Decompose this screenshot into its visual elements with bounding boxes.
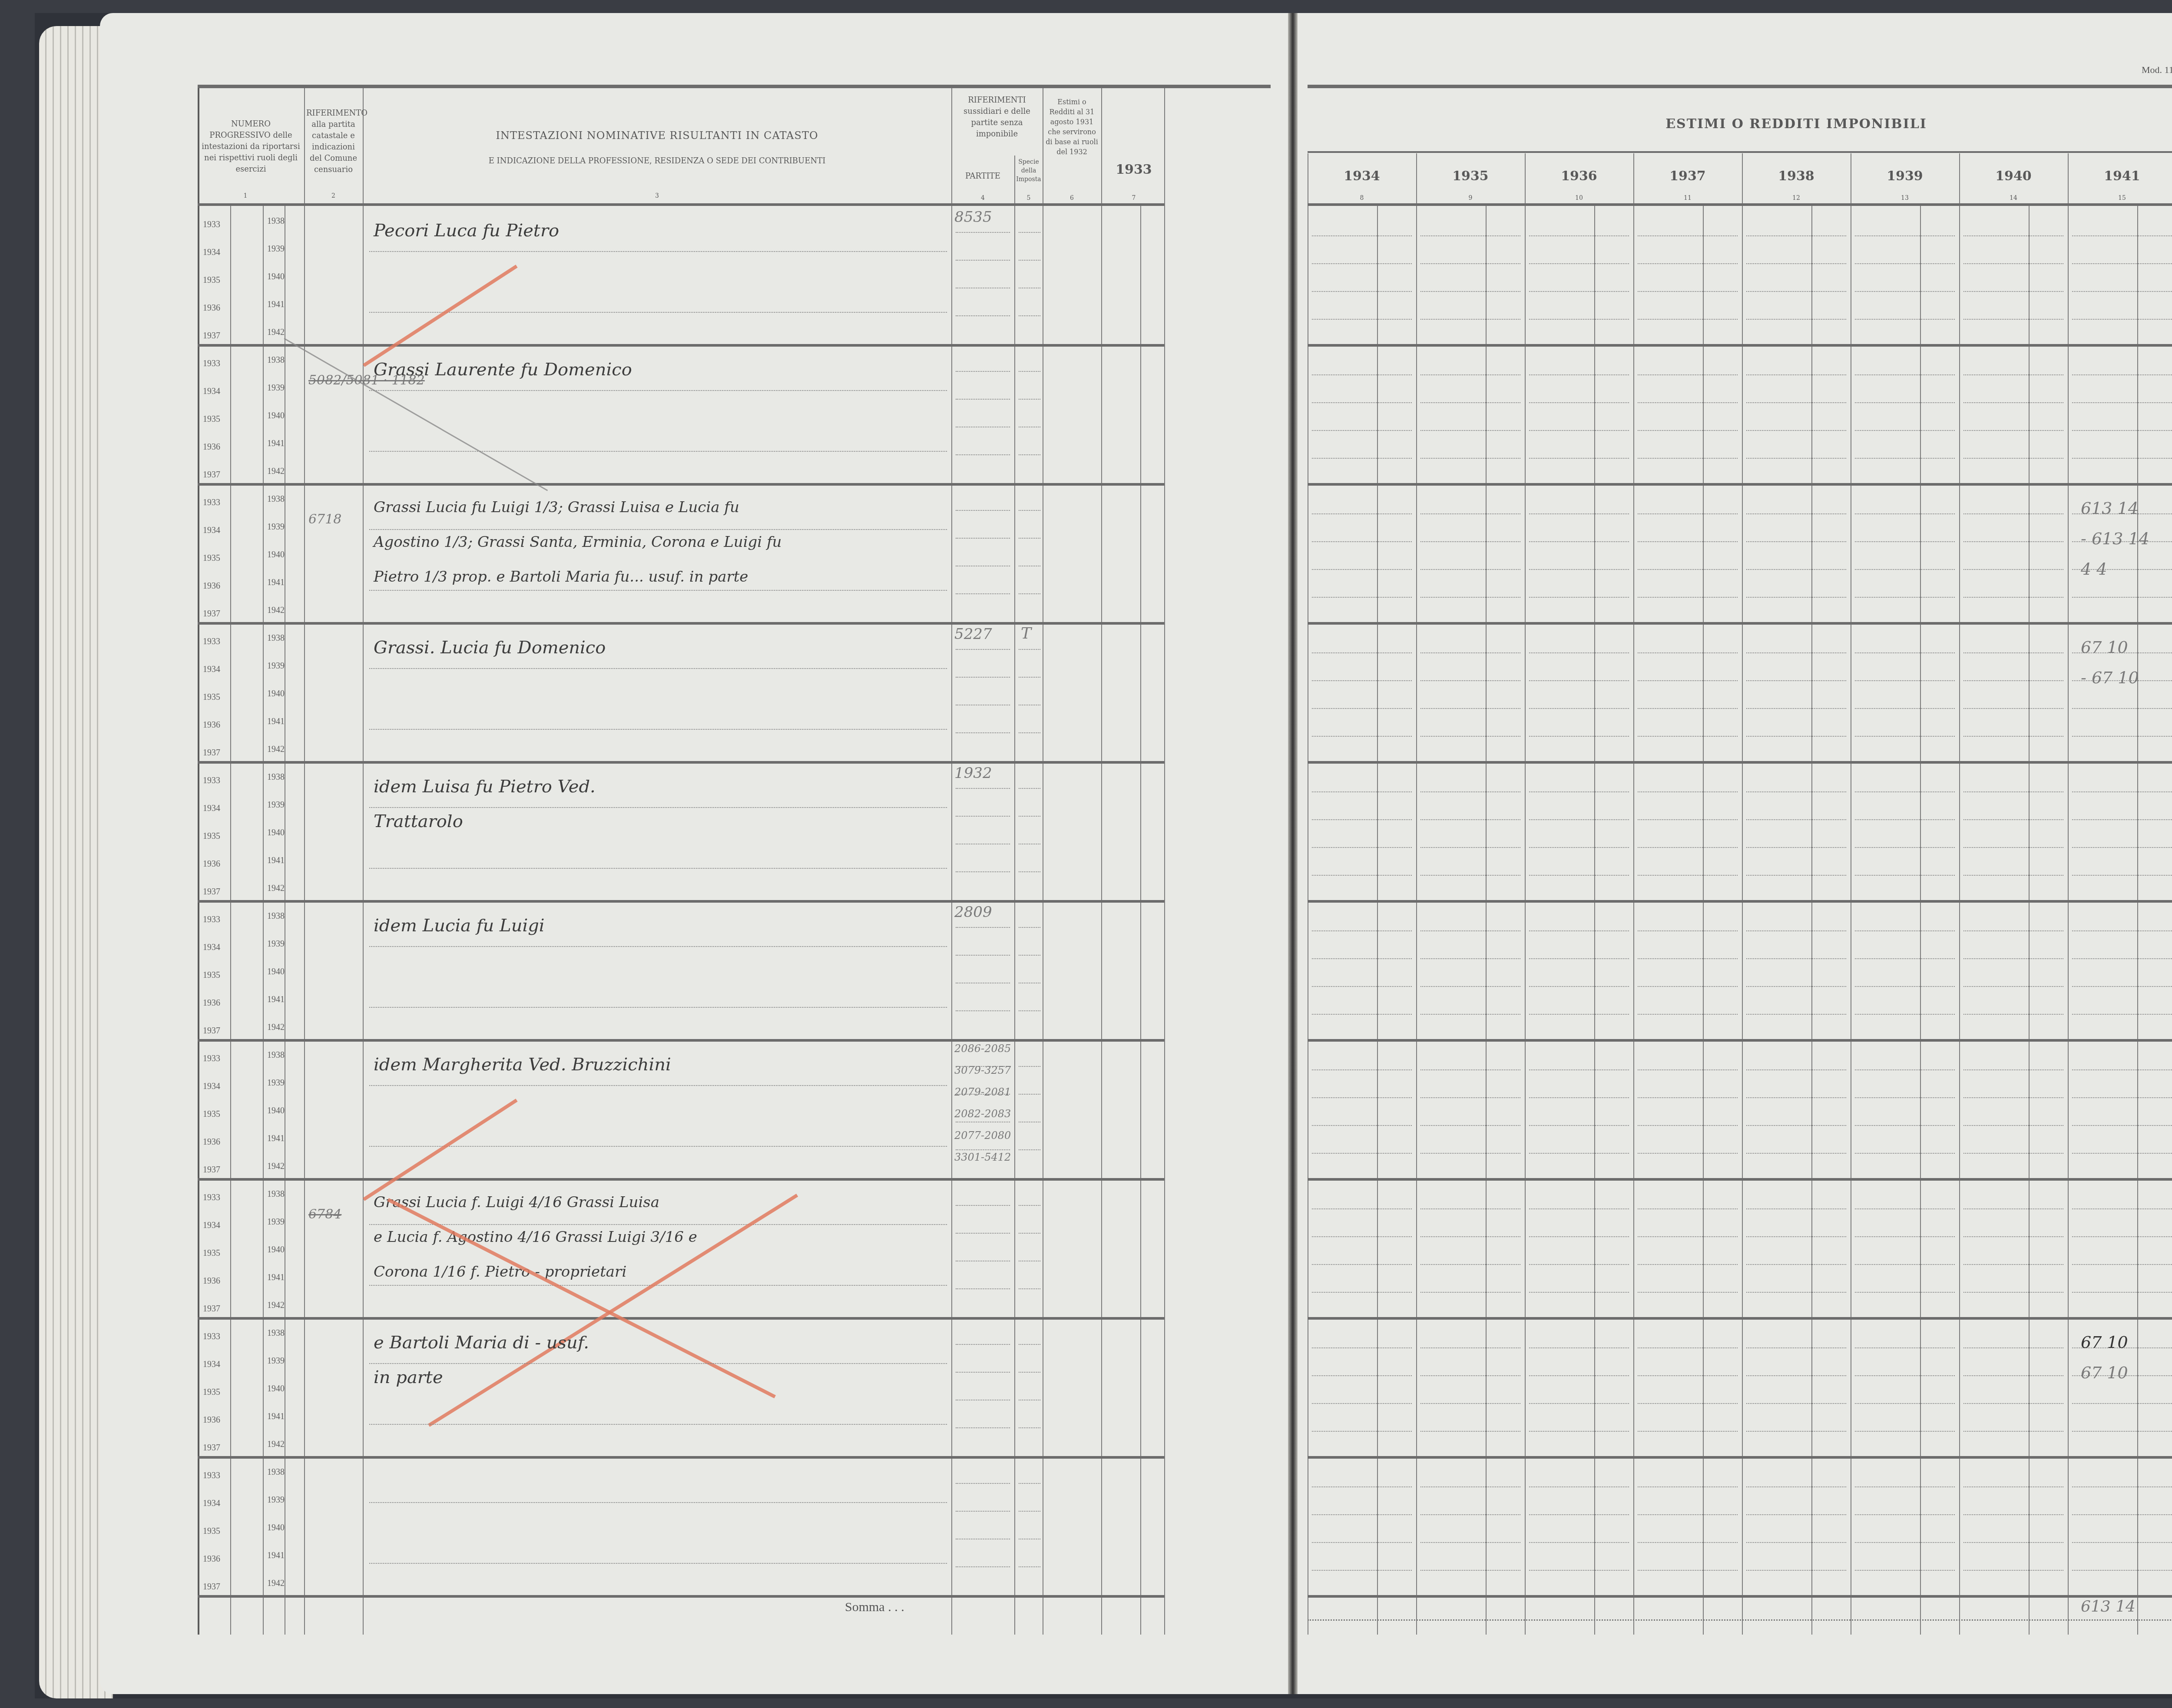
- year-label: 1936: [203, 1276, 220, 1286]
- header-estimi-redditi: ESTIMI O REDDITI IMPONIBILI: [1308, 116, 2172, 132]
- year-label: 1936: [203, 859, 220, 869]
- year-label: 1942: [267, 745, 285, 755]
- header-col-num: 12: [1742, 195, 1851, 202]
- estimi-row: [1308, 208, 2172, 347]
- year-label: 1933: [203, 1332, 220, 1342]
- estimo-1941-value: 67 10: [2081, 638, 2128, 657]
- year-label: 1934: [203, 943, 220, 953]
- year-label: 1933: [203, 1054, 220, 1064]
- estimo-1941-value: 67 10: [2081, 1333, 2128, 1352]
- year-label: 1939: [267, 1078, 285, 1088]
- year-label: 1934: [203, 1360, 220, 1370]
- intestazione-line: Grassi. Lucia fu Domenico: [374, 638, 606, 658]
- year-label: 1934: [203, 387, 220, 397]
- year-label: 1936: [203, 1554, 220, 1564]
- year-label: 1935: [203, 414, 220, 424]
- ledger-entry: 1933193819341939193519401936194119371942…: [198, 347, 1164, 486]
- intestazione-line: e Bartoli Maria di - usuf.: [374, 1333, 589, 1353]
- year-label: 1940: [267, 1106, 285, 1116]
- estimo-1941-value: - 613 14: [2081, 529, 2149, 548]
- header-year-1936: 1936: [1525, 169, 1633, 184]
- somma-1941-value: 613 14: [2081, 1598, 2136, 1615]
- year-label: 1939: [267, 1356, 285, 1366]
- year-label: 1940: [267, 689, 285, 699]
- year-label: 1942: [267, 1162, 285, 1172]
- header-col-num: 13: [1851, 195, 1959, 202]
- header-estimi-1932: Estimi o Redditi al 31 agosto 1931 che s…: [1045, 97, 1099, 157]
- estimo-1941-value: 4 4: [2081, 559, 2107, 579]
- header-col-num: 5: [1015, 195, 1042, 202]
- year-label: 1933: [203, 1193, 220, 1203]
- intestazione-line: idem Lucia fu Luigi: [374, 916, 545, 936]
- ledger-entry: 1933193819341939193519401936194119371942…: [198, 1181, 1164, 1320]
- year-label: 1936: [203, 720, 220, 730]
- ledger-entry: 1933193819341939193519401936194119371942…: [198, 1042, 1164, 1181]
- year-label: 1938: [267, 1050, 285, 1060]
- year-label: 1942: [267, 328, 285, 338]
- header-col-num: 1: [232, 192, 258, 199]
- year-label: 1939: [267, 800, 285, 810]
- intestazione-line: e Lucia f. Agostino 4/16 Grassi Luigi 3/…: [374, 1228, 697, 1246]
- year-label: 1933: [203, 776, 220, 786]
- estimi-row: [1308, 1042, 2172, 1181]
- year-label: 1935: [203, 831, 220, 841]
- year-label: 1934: [203, 804, 220, 814]
- header-year-1935: 1935: [1416, 169, 1525, 184]
- year-label: 1935: [203, 1248, 220, 1258]
- year-label: 1937: [203, 609, 220, 619]
- ledger-entry: 1933193819341939193519401936194119371942…: [198, 1320, 1164, 1459]
- year-label: 1942: [267, 1579, 285, 1589]
- header-year-1940: 1940: [1959, 169, 2068, 184]
- estimi-row: [1308, 1320, 2172, 1459]
- header-professione: E INDICAZIONE DELLA PROFESSIONE, RESIDEN…: [365, 156, 949, 167]
- left-ledger-table: NUMERO PROGRESSIVO delle intestazioni da…: [198, 85, 1271, 88]
- header-year-1938: 1938: [1742, 169, 1851, 184]
- intestazione-line: in parte: [374, 1367, 443, 1387]
- year-label: 1933: [203, 1471, 220, 1481]
- header-specie: Specie della Imposta: [1015, 158, 1042, 184]
- intestazione-line: Grassi Laurente fu Domenico: [374, 360, 632, 380]
- partita-value: 2086-2085: [954, 1043, 1011, 1055]
- year-label: 1942: [267, 606, 285, 616]
- partita-value: 8535: [954, 209, 992, 226]
- year-label: 1937: [203, 1026, 220, 1036]
- year-label: 1938: [267, 494, 285, 504]
- estimi-row: [1308, 764, 2172, 903]
- year-label: 1941: [267, 300, 285, 310]
- partita-value: 1932: [954, 765, 992, 782]
- header-col-num: 6: [1045, 195, 1099, 202]
- specie-value: T: [1021, 625, 1031, 642]
- year-label: 1934: [203, 1499, 220, 1509]
- year-label: 1935: [203, 1109, 220, 1119]
- riferimento-value: 6718: [308, 512, 341, 527]
- year-label: 1933: [203, 498, 220, 508]
- year-label: 1939: [267, 1217, 285, 1227]
- year-label: 1941: [267, 856, 285, 866]
- header-col-num: 2: [306, 192, 361, 199]
- intestazione-line: Trattarolo: [374, 811, 463, 831]
- year-label: 1936: [203, 303, 220, 313]
- year-label: 1939: [267, 522, 285, 532]
- right-ledger-table: ESTIMI O REDDITI IMPONIBILI ESENZIONI — …: [1308, 85, 2172, 88]
- year-label: 1937: [203, 331, 220, 341]
- ledger-entry: 1933193819341939193519401936194119371942…: [198, 903, 1164, 1042]
- somma-label: Somma . . .: [845, 1600, 904, 1615]
- partita-value: 3301-5412: [954, 1151, 1011, 1163]
- year-label: 1940: [267, 1245, 285, 1255]
- book-gutter: [1288, 13, 1298, 1694]
- year-label: 1935: [203, 970, 220, 980]
- year-label: 1937: [203, 1165, 220, 1175]
- header-col-num: 7: [1103, 195, 1164, 202]
- year-label: 1940: [267, 272, 285, 282]
- estimo-1941-value: - 67 10: [2081, 668, 2139, 687]
- year-label: 1933: [203, 915, 220, 925]
- header-col-num: 3: [365, 192, 949, 199]
- header-partite: PARTITE: [954, 171, 1012, 182]
- year-label: 1938: [267, 772, 285, 782]
- year-label: 1938: [267, 1189, 285, 1199]
- year-label: 1937: [203, 1582, 220, 1592]
- year-label: 1936: [203, 1415, 220, 1425]
- year-label: 1941: [267, 1551, 285, 1561]
- form-label: Mod. 111 - Imposte Dirette (Intercalare)…: [2142, 64, 2172, 76]
- header-col-num: 11: [1633, 195, 1742, 202]
- year-label: 1938: [267, 1467, 285, 1477]
- estimo-1941-value: 613 14: [2081, 499, 2139, 518]
- header-riferimento: RIFERIMENTO alla partita catastale e ind…: [306, 108, 361, 175]
- header-year-1941: 1941: [2068, 169, 2172, 184]
- year-label: 1936: [203, 998, 220, 1008]
- year-label: 1936: [203, 581, 220, 591]
- header-col-num: 14: [1959, 195, 2068, 202]
- year-label: 1935: [203, 1387, 220, 1397]
- estimi-row: [1308, 486, 2172, 625]
- year-label: 1934: [203, 1221, 220, 1231]
- intestazione-line: Agostino 1/3; Grassi Santa, Erminia, Cor…: [374, 533, 781, 551]
- partita-value: 2077-2080: [954, 1129, 1011, 1142]
- header-numero-progressivo: NUMERO PROGRESSIVO delle intestazioni da…: [200, 119, 302, 175]
- year-label: 1933: [203, 359, 220, 369]
- year-label: 1941: [267, 578, 285, 588]
- intestazione-line: Grassi Lucia f. Luigi 4/16 Grassi Luisa: [374, 1194, 659, 1211]
- partita-value: 2082-2083: [954, 1108, 1011, 1120]
- ledger-entry: 1933193819341939193519401936194119371942…: [198, 486, 1164, 625]
- header-year-1937: 1937: [1633, 169, 1742, 184]
- year-label: 1938: [267, 911, 285, 921]
- estimi-row: [1308, 347, 2172, 486]
- intestazione-line: Grassi Lucia fu Luigi 1/3; Grassi Luisa …: [374, 499, 739, 516]
- header-col-num: 15: [2068, 195, 2172, 202]
- year-label: 1940: [267, 411, 285, 421]
- year-label: 1935: [203, 553, 220, 563]
- year-label: 1937: [203, 887, 220, 897]
- header-intestazioni: INTESTAZIONI NOMINATIVE RISULTANTI IN CA…: [365, 129, 949, 142]
- year-label: 1933: [203, 220, 220, 230]
- year-label: 1941: [267, 717, 285, 727]
- year-label: 1938: [267, 355, 285, 365]
- year-label: 1941: [267, 1412, 285, 1422]
- year-label: 1941: [267, 439, 285, 449]
- year-label: 1940: [267, 967, 285, 977]
- year-label: 1939: [267, 383, 285, 393]
- year-label: 1937: [203, 1443, 220, 1453]
- year-label: 1942: [267, 1301, 285, 1311]
- header-col-num: 4: [954, 195, 1012, 202]
- year-label: 1941: [267, 995, 285, 1005]
- partita-value: 2809: [954, 904, 992, 921]
- year-label: 1935: [203, 692, 220, 702]
- year-label: 1940: [267, 828, 285, 838]
- header-riferimenti: RIFERIMENTI sussidiari e delle partite s…: [954, 95, 1040, 140]
- header-year-1933: 1933: [1103, 162, 1164, 177]
- year-label: 1934: [203, 248, 220, 258]
- header-col-num: 10: [1525, 195, 1633, 202]
- year-label: 1941: [267, 1273, 285, 1283]
- intestazione-line: Pietro 1/3 prop. e Bartoli Maria fu... u…: [374, 568, 748, 586]
- estimi-row: [1308, 1459, 2172, 1598]
- year-label: 1940: [267, 550, 285, 560]
- estimi-row: [1308, 1181, 2172, 1320]
- ledger-entry: 1933193819341939193519401936194119371942…: [198, 625, 1164, 764]
- intestazione-line: idem Margherita Ved. Bruzzichini: [374, 1055, 671, 1075]
- year-label: 1940: [267, 1384, 285, 1394]
- year-label: 1942: [267, 884, 285, 894]
- year-label: 1935: [203, 1526, 220, 1536]
- header-col-num: 9: [1416, 195, 1525, 202]
- partita-value: 2079-2081: [954, 1086, 1011, 1098]
- ledger-entry: 1933193819341939193519401936194119371942…: [198, 764, 1164, 903]
- year-label: 1933: [203, 637, 220, 647]
- year-label: 1935: [203, 275, 220, 285]
- ledger-entry: 1933193819341939193519401936194119371942: [198, 1459, 1164, 1598]
- year-label: 1939: [267, 244, 285, 254]
- year-label: 1937: [203, 1304, 220, 1314]
- year-label: 1939: [267, 939, 285, 949]
- riferimento-value: 6784: [308, 1207, 341, 1222]
- year-label: 1934: [203, 1082, 220, 1092]
- year-label: 1934: [203, 665, 220, 675]
- year-label: 1942: [267, 1023, 285, 1033]
- partita-value: 3079-3257: [954, 1064, 1011, 1076]
- year-label: 1939: [267, 1495, 285, 1505]
- year-label: 1938: [267, 1328, 285, 1338]
- year-label: 1937: [203, 470, 220, 480]
- year-label: 1936: [203, 1137, 220, 1147]
- year-label: 1934: [203, 526, 220, 536]
- intestazione-line: idem Luisa fu Pietro Ved.: [374, 777, 596, 797]
- header-col-num: 8: [1308, 195, 1416, 202]
- year-label: 1939: [267, 661, 285, 671]
- ledger-entry: 1933193819341939193519401936194119371942…: [198, 208, 1164, 347]
- header-year-1939: 1939: [1851, 169, 1959, 184]
- estimi-row: [1308, 625, 2172, 764]
- year-label: 1941: [267, 1134, 285, 1144]
- year-label: 1936: [203, 442, 220, 452]
- year-label: 1940: [267, 1523, 285, 1533]
- year-label: 1942: [267, 467, 285, 477]
- year-label: 1938: [267, 216, 285, 226]
- estimi-row: [1308, 903, 2172, 1042]
- year-label: 1938: [267, 633, 285, 643]
- partita-value: 5227: [954, 626, 992, 643]
- estimo-1941-value: 67 10: [2081, 1363, 2128, 1382]
- year-label: 1937: [203, 748, 220, 758]
- intestazione-line: Corona 1/16 f. Pietro - proprietari: [374, 1263, 626, 1281]
- header-year-1934: 1934: [1308, 169, 1416, 184]
- year-label: 1942: [267, 1440, 285, 1450]
- intestazione-line: Pecori Luca fu Pietro: [374, 221, 559, 241]
